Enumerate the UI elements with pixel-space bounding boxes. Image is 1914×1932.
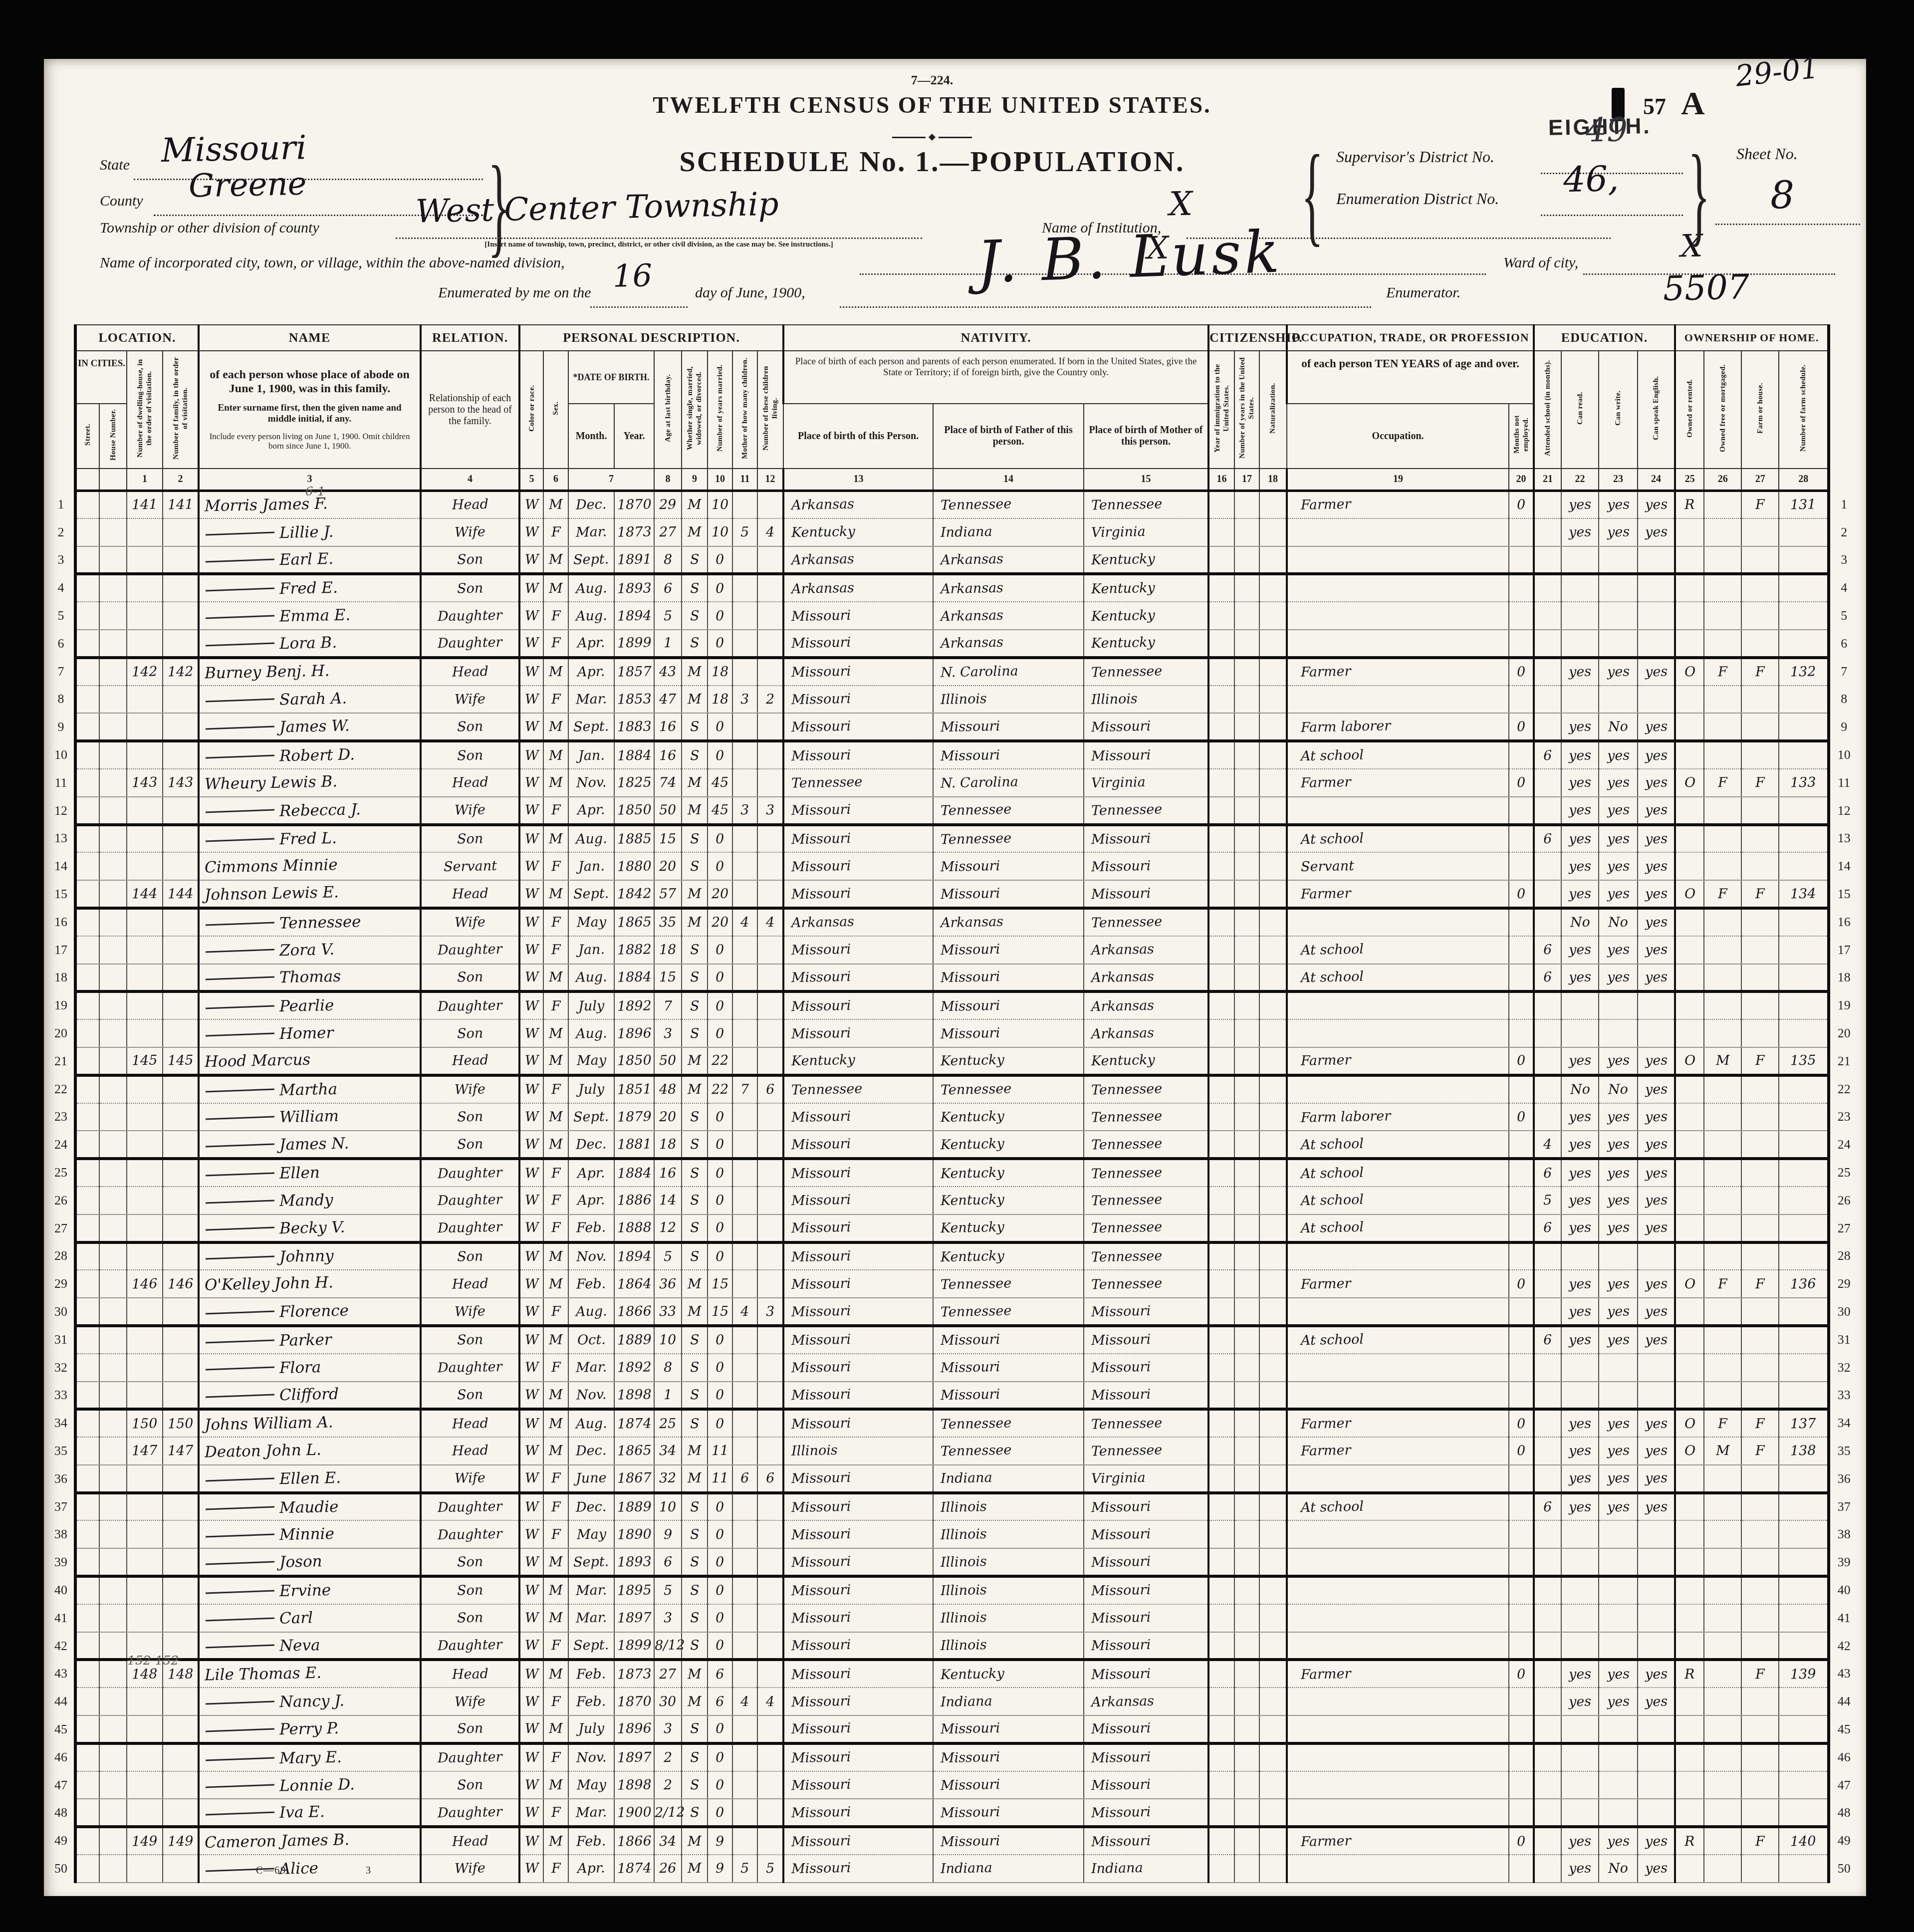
cell-sex: M (543, 880, 568, 908)
cell-rd: yes (1561, 936, 1599, 964)
table-row: 47Lonnie D.SonWMMay18982S0MissouriMissou… (48, 1771, 1858, 1799)
cell-rn: 32 (1829, 1354, 1858, 1382)
cell-rel: Servant (421, 852, 519, 880)
cell-fam (163, 1131, 199, 1159)
cell-sex: F (543, 1298, 568, 1326)
cell-pf: Missouri (933, 852, 1084, 880)
table-row: 11411416-1Morris James F.HeadWMDec.18702… (48, 490, 1858, 518)
cell-fam (163, 1799, 199, 1827)
cell-mo: Apr. (568, 630, 614, 658)
cell-fam (163, 546, 199, 574)
colnum-26: 26 (1704, 469, 1741, 490)
cell-liv (757, 1382, 783, 1410)
cell-en (1638, 1743, 1675, 1771)
cell-imm (1208, 1437, 1234, 1465)
cell-rel: Wife (421, 518, 519, 546)
cell-ln: 25 (48, 1159, 75, 1187)
supervisor-label: Supervisor's District No. (1336, 148, 1494, 166)
ditto-dash-icon (206, 1089, 274, 1093)
cell-age: 18 (654, 936, 682, 964)
table-row: 33CliffordSonWMNov.18981S0MissouriMissou… (48, 1382, 1858, 1410)
cell-house (99, 1632, 127, 1660)
cell-sch: 6 (1534, 1493, 1561, 1521)
cell-ln: 17 (48, 936, 75, 964)
cell-moth (732, 825, 757, 853)
cell-sch (1534, 1660, 1561, 1688)
cell-dw: 141 (127, 490, 163, 518)
cell-pm: Missouri (1084, 1632, 1208, 1660)
cell-own (1675, 825, 1704, 853)
cell-fm: F (1704, 1270, 1741, 1298)
cell-ym: 0 (708, 630, 732, 658)
cell-rel: Son (421, 1103, 519, 1131)
cell-sex: M (543, 1548, 568, 1576)
cell-dw (127, 602, 163, 630)
cell-mo: July (568, 1715, 614, 1743)
cell-age: 16 (654, 1159, 682, 1187)
cell-dw (127, 1214, 163, 1242)
cell-sch (1534, 1548, 1561, 1576)
cell-rn: 21 (1829, 1047, 1858, 1075)
cell-name: O'Kelley John H. (199, 1270, 421, 1298)
cell-mne (1509, 1604, 1534, 1632)
cell-yus (1234, 1075, 1259, 1103)
cell-sex: F (543, 852, 568, 880)
enumeration-label: Enumeration District No. (1336, 190, 1499, 208)
cell-fam (163, 1103, 199, 1131)
colnum-28: 28 (1779, 469, 1829, 490)
cell-pm: Missouri (1084, 1660, 1208, 1688)
cell-dw (127, 1604, 163, 1632)
cell-liv: 6 (757, 1075, 783, 1103)
cell-liv (757, 1214, 783, 1242)
cell-liv (757, 1827, 783, 1855)
cell-fs: 133 (1779, 769, 1829, 797)
cell-street (75, 1799, 99, 1827)
cell-color: W (519, 1715, 543, 1743)
cell-pf: Arkansas (933, 630, 1084, 658)
cell-street (75, 1827, 99, 1855)
cell-fs (1779, 1214, 1829, 1242)
cell-color: W (519, 1131, 543, 1159)
cell-pm: Missouri (1084, 1715, 1208, 1743)
cell-imm (1208, 713, 1234, 741)
col-header-years-married: Number of years married. (708, 351, 732, 469)
cell-occ: Farmer (1287, 658, 1509, 686)
population-table: LOCATION. NAME RELATION. PERSONAL DESCRI… (48, 324, 1858, 1883)
cell-sex: M (543, 490, 568, 518)
cell-pf: Missouri (933, 1382, 1084, 1410)
cell-name: Ellen (199, 1159, 421, 1187)
cell-imm (1208, 1855, 1234, 1883)
cell-ln: 49 (48, 1827, 75, 1855)
cell-rel: Daughter (421, 1354, 519, 1382)
cell-mar: S (682, 602, 708, 630)
cell-liv (757, 1715, 783, 1743)
cell-pb: Missouri (783, 1019, 933, 1047)
ditto-dash-icon (206, 531, 274, 535)
cell-mar: S (682, 991, 708, 1019)
cell-rd (1561, 602, 1599, 630)
table-row: 3Earl E.SonWMSept.18918S0ArkansasArkansa… (48, 546, 1858, 574)
cell-mar: S (682, 630, 708, 658)
cell-rd: yes (1561, 713, 1599, 741)
cell-age: 3 (654, 1019, 682, 1047)
state-label: State (100, 157, 130, 174)
township-value: West Center Township (415, 186, 779, 230)
cell-rn: 29 (1829, 1270, 1858, 1298)
cell-mo: July (568, 991, 614, 1019)
cell-fam: 145 (163, 1047, 199, 1075)
cell-fm (1704, 936, 1741, 964)
cell-sch (1534, 546, 1561, 574)
cell-rd (1561, 1548, 1599, 1576)
cell-mne: 0 (1509, 880, 1534, 908)
ditto-dash-icon (206, 1757, 274, 1761)
cell-own (1675, 852, 1704, 880)
cell-fs (1779, 991, 1829, 1019)
col-header-relation-desc: Relationship of each person to the head … (421, 351, 519, 469)
cell-ln: 26 (48, 1187, 75, 1214)
cell-rd: yes (1561, 658, 1599, 686)
cell-wr (1599, 1743, 1638, 1771)
cell-sex: F (543, 991, 568, 1019)
cell-fs (1779, 1159, 1829, 1187)
cell-pf: Illinois (933, 1632, 1084, 1660)
colnum-9: 9 (682, 469, 708, 490)
cell-fam (163, 852, 199, 880)
cell-name: Perry P. (199, 1715, 421, 1743)
cell-imm (1208, 1298, 1234, 1326)
cell-dw (127, 1019, 163, 1047)
cell-imm (1208, 1743, 1234, 1771)
cell-liv: 3 (757, 1298, 783, 1326)
col-header-dob: *DATE OF BIRTH. (568, 351, 654, 404)
cell-color: W (519, 1270, 543, 1298)
cell-ln: 18 (48, 964, 75, 992)
cell-rel: Son (421, 1326, 519, 1354)
cell-mar: M (682, 1465, 708, 1493)
cell-liv: 5 (757, 1855, 783, 1883)
cell-fam (163, 1326, 199, 1354)
cell-fs (1779, 1520, 1829, 1548)
cell-color: W (519, 1214, 543, 1242)
cell-liv (757, 991, 783, 1019)
cell-pf: Missouri (933, 1799, 1084, 1827)
cell-ym: 0 (708, 964, 732, 992)
cell-occ (1287, 574, 1509, 602)
cell-en (1638, 602, 1675, 630)
cell-street (75, 1019, 99, 1047)
cell-liv (757, 1771, 783, 1799)
cell-fm: F (1704, 880, 1741, 908)
cell-imm (1208, 1799, 1234, 1827)
cell-ln: 39 (48, 1548, 75, 1576)
cell-rd: yes (1561, 1159, 1599, 1187)
cell-street (75, 1576, 99, 1604)
enumeration-value: 46, (1563, 158, 1619, 200)
cell-sch (1534, 1604, 1561, 1632)
cell-mo: Nov. (568, 1382, 614, 1410)
cell-pb: Arkansas (783, 546, 933, 574)
cell-yus (1234, 908, 1259, 936)
cell-yr: 1884 (614, 741, 654, 769)
cell-mar: M (682, 1075, 708, 1103)
cell-yus (1234, 1187, 1259, 1214)
cell-fs (1779, 1688, 1829, 1715)
cell-fh (1741, 1520, 1779, 1548)
cell-ym: 0 (708, 1548, 732, 1576)
cell-pb: Arkansas (783, 908, 933, 936)
cell-fam (163, 518, 199, 546)
cell-moth (732, 1270, 757, 1298)
cell-mne (1509, 518, 1534, 546)
ditto-dash-icon (206, 1172, 274, 1176)
colnum-14: 14 (933, 469, 1084, 490)
cell-pb: Missouri (783, 1855, 933, 1883)
cell-wr (1599, 1242, 1638, 1270)
cell-mo: Feb. (568, 1827, 614, 1855)
cell-en: yes (1638, 1465, 1675, 1493)
cell-fh (1741, 1799, 1779, 1827)
cell-rn: 16 (1829, 908, 1858, 936)
cell-rd (1561, 686, 1599, 714)
cell-age: 50 (654, 1047, 682, 1075)
cell-yr: 1850 (614, 1047, 654, 1075)
cell-name: Clifford (199, 1382, 421, 1410)
cell-nat (1259, 1187, 1287, 1214)
cell-fs (1779, 1576, 1829, 1604)
col-header-in-cities: IN CITIES. (75, 351, 127, 404)
cell-pf: Illinois (933, 1493, 1084, 1521)
cell-wr: yes (1599, 797, 1638, 825)
table-row: 4Fred E.SonWMAug.18936S0ArkansasArkansas… (48, 574, 1858, 602)
table-row: 41CarlSonWMMar.18973S0MissouriIllinoisMi… (48, 1604, 1858, 1632)
cell-nat (1259, 1019, 1287, 1047)
cell-wr: yes (1599, 1103, 1638, 1131)
cell-wr (1599, 602, 1638, 630)
cell-occ: At school (1287, 1326, 1509, 1354)
col-header-naturalization: Naturalization. (1259, 351, 1287, 469)
cell-liv (757, 630, 783, 658)
cell-fh (1741, 936, 1779, 964)
colnum-blank-house (99, 469, 127, 490)
cell-pm: Tennessee (1084, 908, 1208, 936)
cell-liv (757, 1103, 783, 1131)
ditto-dash-icon (206, 1394, 274, 1398)
colnum-16: 16 (1208, 469, 1234, 490)
cell-pm: Kentucky (1084, 574, 1208, 602)
cell-mar: M (682, 518, 708, 546)
cell-occ (1287, 1242, 1509, 1270)
cell-house (99, 1715, 127, 1743)
cell-own (1675, 1465, 1704, 1493)
ditto-dash-icon (206, 1617, 274, 1621)
cell-fam (163, 1382, 199, 1410)
cell-name: Cameron James B. (199, 1827, 421, 1855)
cell-age: 48 (654, 1075, 682, 1103)
cell-ln: 43 (48, 1660, 75, 1688)
cell-fh (1741, 602, 1779, 630)
cell-rel: Head (421, 1409, 519, 1437)
cell-fh: F (1741, 1270, 1779, 1298)
cell-moth (732, 1827, 757, 1855)
cell-mar: S (682, 546, 708, 574)
cell-rn: 38 (1829, 1520, 1858, 1548)
cell-occ: At school (1287, 1131, 1509, 1159)
cell-ln: 21 (48, 1047, 75, 1075)
cell-fh (1741, 630, 1779, 658)
cell-street (75, 1298, 99, 1326)
cell-nat (1259, 880, 1287, 908)
cell-pf: Arkansas (933, 908, 1084, 936)
cell-sex: F (543, 1187, 568, 1214)
cell-pm: Arkansas (1084, 936, 1208, 964)
cell-wr (1599, 1771, 1638, 1799)
cell-own (1675, 518, 1704, 546)
cell-dw (127, 1493, 163, 1521)
cell-pm: Tennessee (1084, 1214, 1208, 1242)
table-row: 16TennesseeWifeWFMay186535M2044ArkansasA… (48, 908, 1858, 936)
cell-en: yes (1638, 490, 1675, 518)
cell-fam (163, 1520, 199, 1548)
cell-house (99, 518, 127, 546)
cell-pf: Illinois (933, 1520, 1084, 1548)
cell-pm: Missouri (1084, 880, 1208, 908)
cell-pb: Tennessee (783, 1075, 933, 1103)
cell-nat (1259, 1493, 1287, 1521)
cell-fm (1704, 1187, 1741, 1214)
cell-dw (127, 1242, 163, 1270)
cell-sch (1534, 490, 1561, 518)
cell-sex: M (543, 1576, 568, 1604)
cell-age: 2 (654, 1743, 682, 1771)
cell-age: 16 (654, 741, 682, 769)
cell-pf: Indiana (933, 1688, 1084, 1715)
cell-moth: 4 (732, 1688, 757, 1715)
cell-imm (1208, 1159, 1234, 1187)
cell-mo: Feb. (568, 1214, 614, 1242)
cell-fh: F (1741, 880, 1779, 908)
cell-fam (163, 991, 199, 1019)
cell-house (99, 1187, 127, 1214)
cell-sch (1534, 630, 1561, 658)
cell-rn: 9 (1829, 713, 1858, 741)
cell-fm (1704, 1103, 1741, 1131)
cell-yr: 1896 (614, 1715, 654, 1743)
cell-pf: Indiana (933, 1465, 1084, 1493)
cell-rel: Daughter (421, 1187, 519, 1214)
cell-name: Florence (199, 1298, 421, 1326)
cell-nat (1259, 574, 1287, 602)
cell-fh (1741, 1214, 1779, 1242)
cell-yr: 1891 (614, 546, 654, 574)
cell-sch (1534, 713, 1561, 741)
cell-rn: 4 (1829, 574, 1858, 602)
cell-yr: 1900 (614, 1799, 654, 1827)
cell-house (99, 1465, 127, 1493)
enumeration-line (1541, 215, 1683, 216)
cell-house (99, 1103, 127, 1131)
cell-rel: Daughter (421, 1214, 519, 1242)
cell-moth (732, 630, 757, 658)
cell-liv (757, 1019, 783, 1047)
cell-mo: Aug. (568, 1019, 614, 1047)
cell-pb: Missouri (783, 852, 933, 880)
cell-mo: Apr. (568, 1855, 614, 1883)
cell-en (1638, 574, 1675, 602)
cell-ln: 7 (48, 658, 75, 686)
cell-en (1638, 1632, 1675, 1660)
cell-ln: 9 (48, 713, 75, 741)
group-ownership: OWNERSHIP OF HOME. (1675, 325, 1829, 351)
cell-ln: 8 (48, 686, 75, 714)
left-margin-head (48, 325, 75, 490)
cell-rn: 26 (1829, 1187, 1858, 1214)
cell-yr: 1874 (614, 1855, 654, 1883)
cell-en (1638, 1354, 1675, 1382)
cell-wr (1599, 546, 1638, 574)
cell-liv (757, 1270, 783, 1298)
cell-nat (1259, 1242, 1287, 1270)
cell-yus (1234, 1131, 1259, 1159)
cell-rn: 48 (1829, 1799, 1858, 1827)
cell-sex: F (543, 1159, 568, 1187)
cell-house (99, 1354, 127, 1382)
cell-sex: M (543, 1270, 568, 1298)
cell-sch (1534, 1743, 1561, 1771)
cell-en (1638, 1019, 1675, 1047)
cell-own (1675, 1799, 1704, 1827)
cell-age: 35 (654, 908, 682, 936)
cell-street (75, 713, 99, 741)
cell-wr (1599, 1632, 1638, 1660)
cell-age: 1 (654, 630, 682, 658)
cell-yus (1234, 964, 1259, 992)
cell-yr: 1881 (614, 1131, 654, 1159)
cell-nat (1259, 1382, 1287, 1410)
cell-liv (757, 1604, 783, 1632)
cell-mo: Feb. (568, 1660, 614, 1688)
cell-own: O (1675, 1409, 1704, 1437)
cell-rel: Son (421, 713, 519, 741)
cell-own (1675, 1159, 1704, 1187)
cell-moth (732, 1187, 757, 1214)
cell-ln: 50 (48, 1855, 75, 1883)
cell-pf: Tennessee (933, 490, 1084, 518)
cell-yus (1234, 1520, 1259, 1548)
cell-ym: 0 (708, 825, 732, 853)
cell-rn: 45 (1829, 1715, 1858, 1743)
cell-name: Johnson Lewis E. (199, 880, 421, 908)
cell-ln: 19 (48, 991, 75, 1019)
cell-rel: Head (421, 1827, 519, 1855)
cell-own (1675, 1354, 1704, 1382)
cell-rn: 12 (1829, 797, 1858, 825)
cell-wr: No (1599, 1075, 1638, 1103)
cell-ym: 18 (708, 658, 732, 686)
cell-sch (1534, 1103, 1561, 1131)
cell-age: 25 (654, 1409, 682, 1437)
cell-sch: 5 (1534, 1187, 1561, 1214)
cell-yr: 1882 (614, 936, 654, 964)
cell-en: yes (1638, 797, 1675, 825)
cell-dw: 152 152148 (127, 1660, 163, 1688)
cell-color: W (519, 880, 543, 908)
cell-en (1638, 1548, 1675, 1576)
cell-liv (757, 574, 783, 602)
cell-pm: Tennessee (1084, 1270, 1208, 1298)
